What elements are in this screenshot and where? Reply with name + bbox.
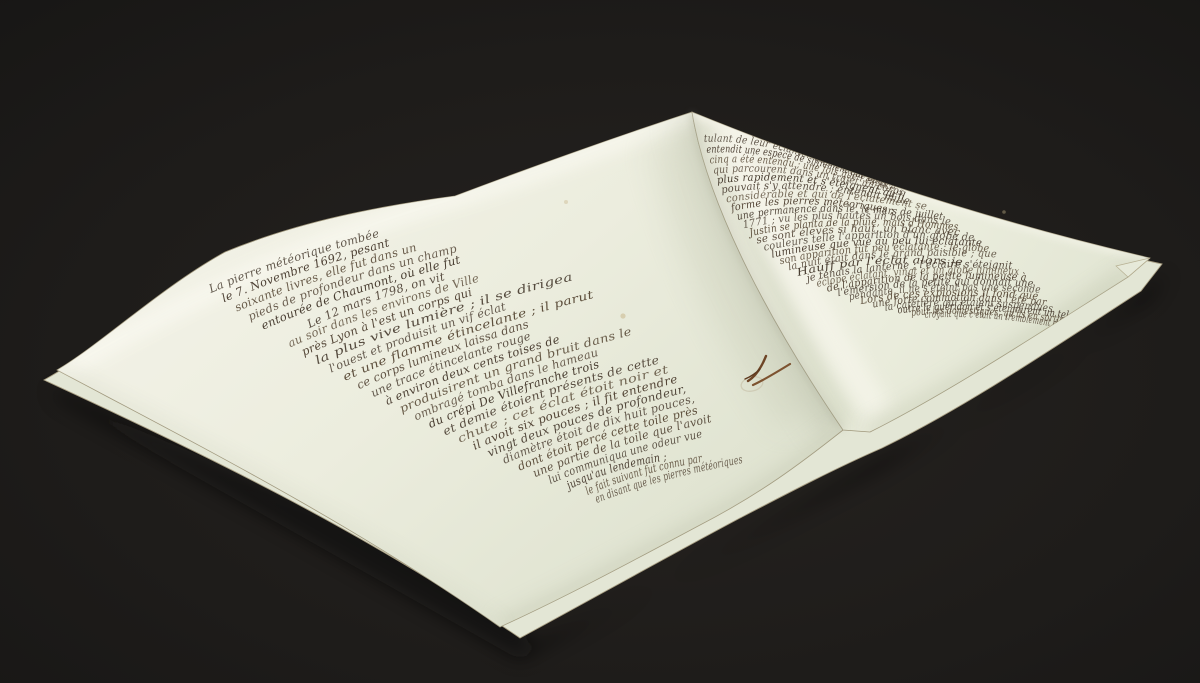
manuscript-photo-canvas: La pierre météorique tombéele 7. Novembr… [0,0,1200,683]
foxing-spot [620,313,625,318]
foxing-spot [564,200,568,204]
foxing-spot [1002,210,1006,214]
manuscript-photo: La pierre météorique tombéele 7. Novembr… [0,0,1200,683]
